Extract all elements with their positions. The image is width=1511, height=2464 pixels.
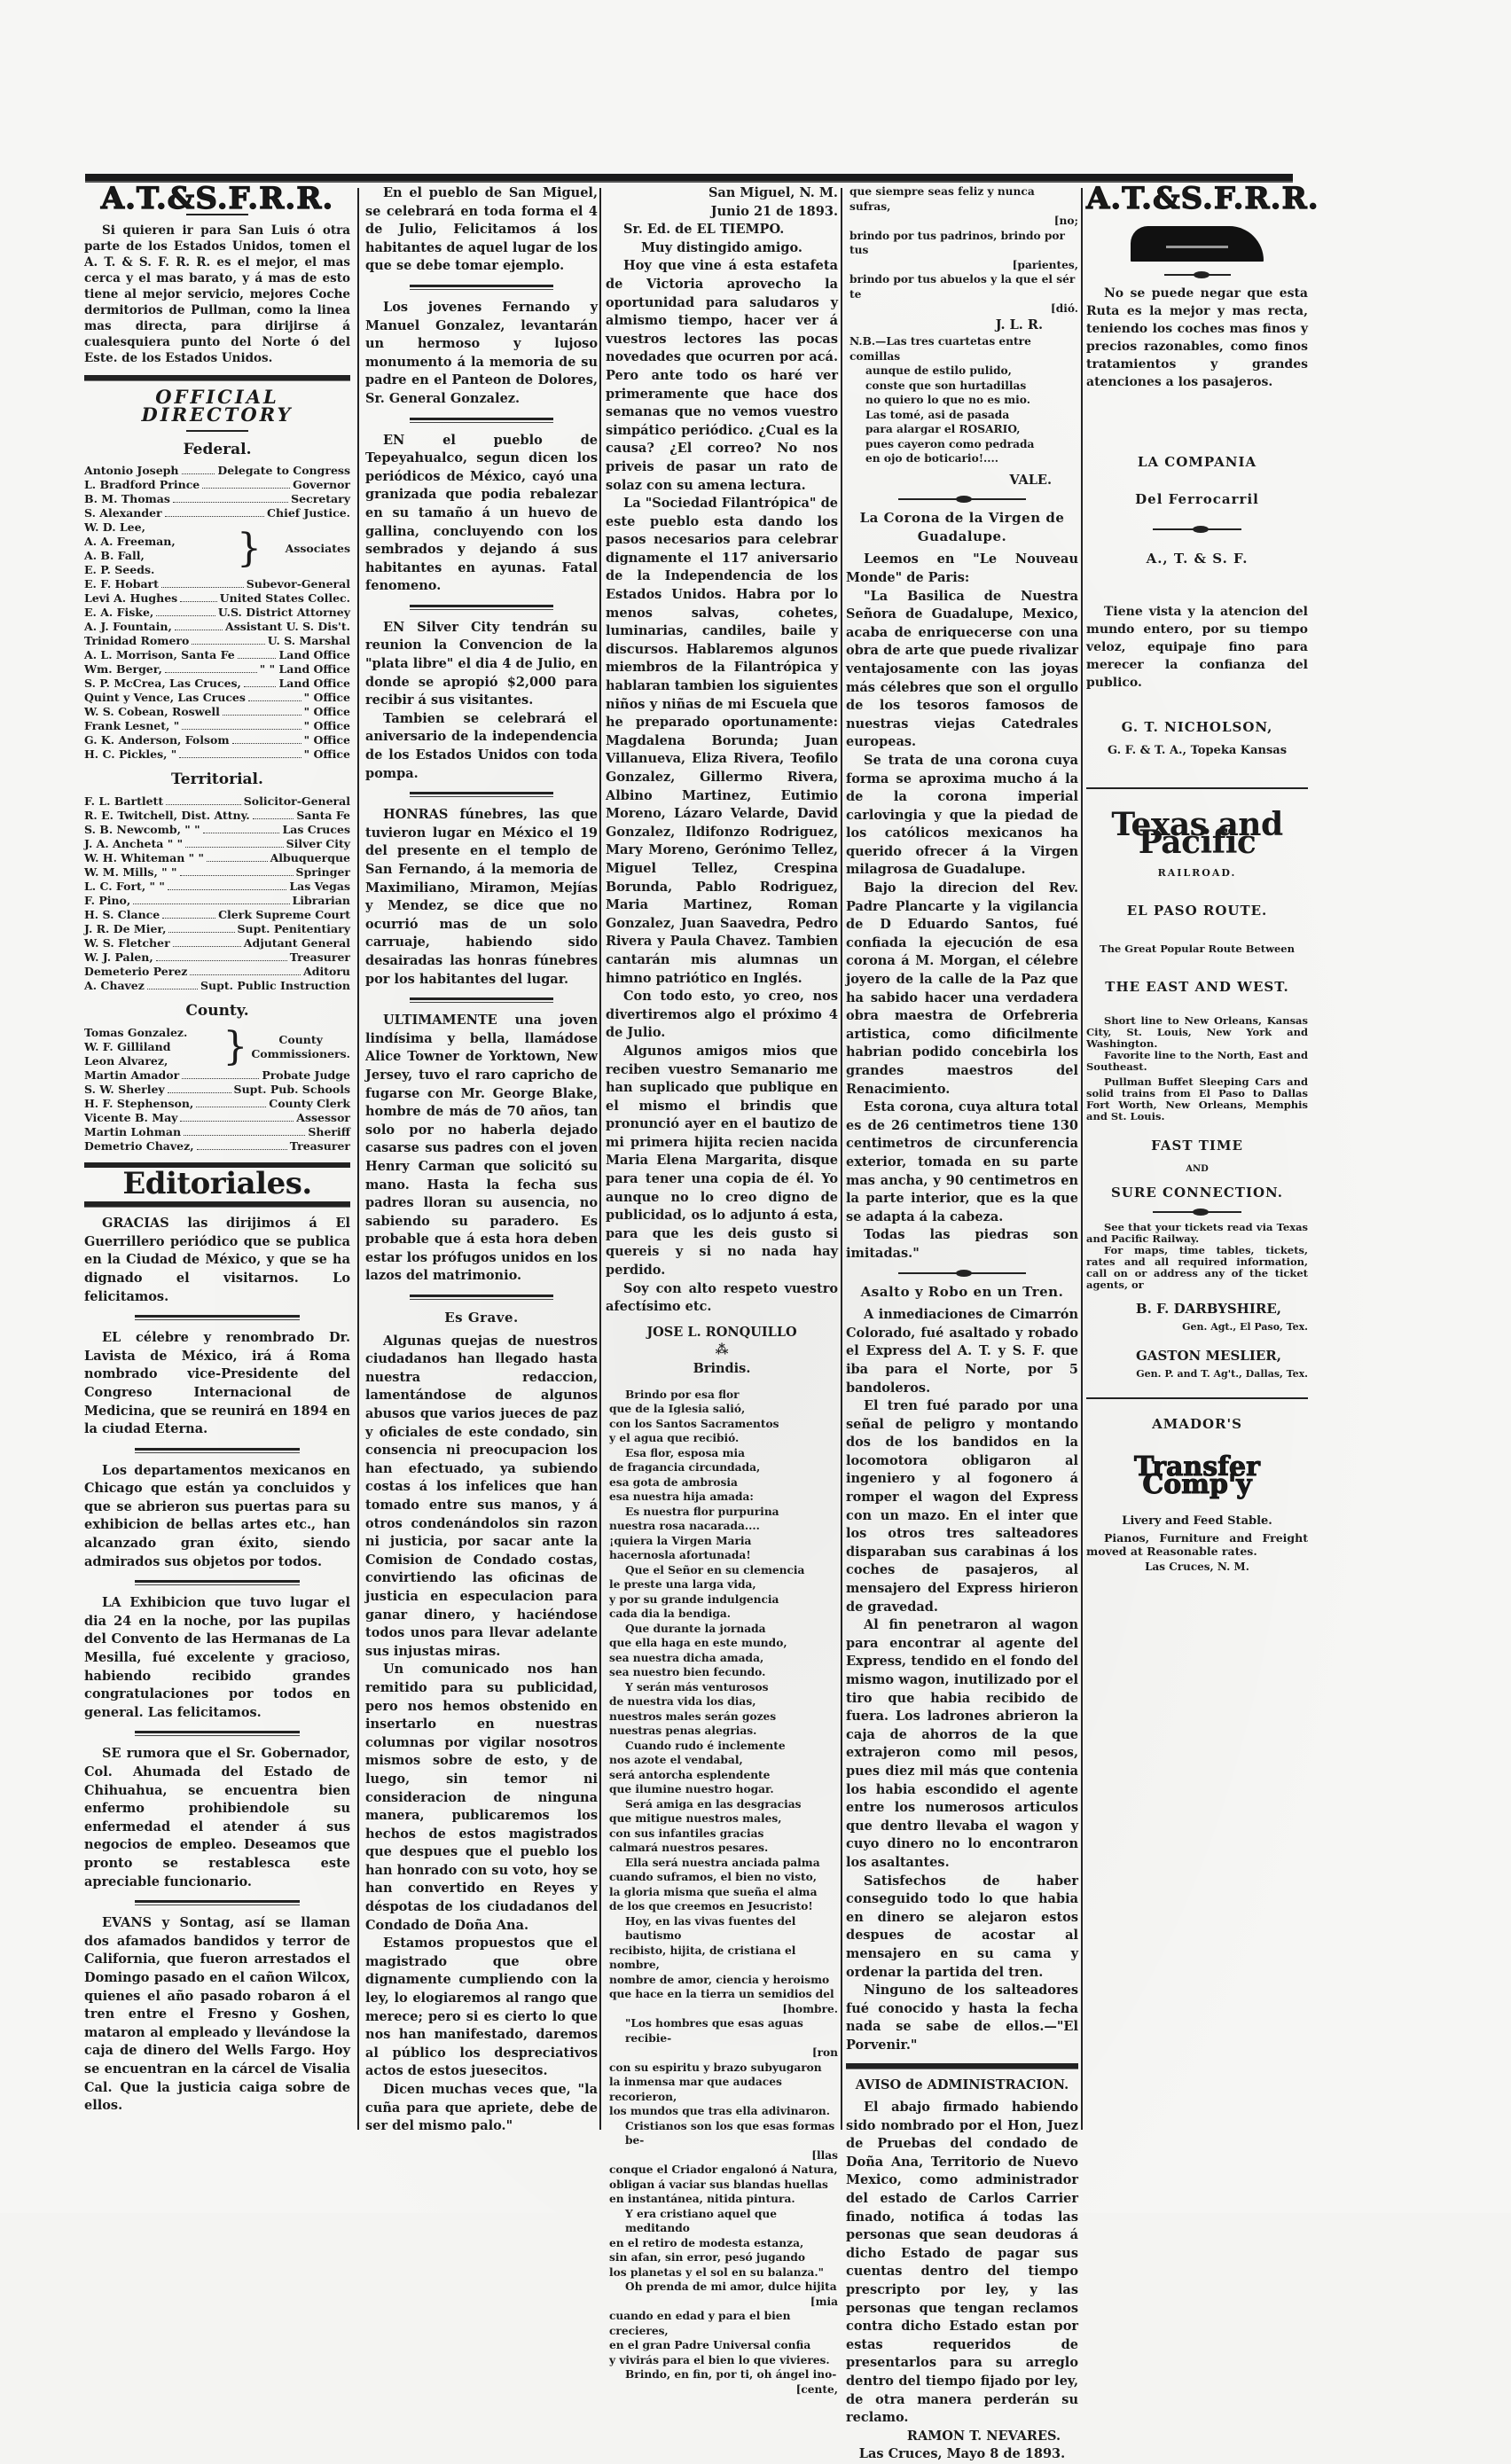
official-name: G. K. Anderson, Folsom xyxy=(84,733,230,747)
directory-row: L. Bradford PrinceGovernor xyxy=(84,478,350,492)
column-rule xyxy=(841,188,842,2130)
news-item: EN el pueblo de Tepeyahualco, segun dice… xyxy=(365,432,598,596)
place-las-cruces: Las Cruces, N. M. xyxy=(1086,1558,1308,1576)
paragraph: Se trata de una corona cuya forma se apr… xyxy=(846,752,1078,880)
poem-line: "Los hombres que esas aguas recibie- xyxy=(606,2016,838,2046)
poem-line: cada dia la bendiga. xyxy=(606,1607,838,1622)
official-name: S. W. Sherley xyxy=(84,1083,165,1097)
poem-line: los mundos que tras ella adivinaron. xyxy=(606,2104,838,2119)
asterism-icon: ⁂ xyxy=(606,1342,838,1360)
official-name: J. A. Ancheta " " xyxy=(84,837,183,851)
official-name: E. P. Seeds. xyxy=(84,563,233,577)
greeting: Muy distingido amigo. xyxy=(606,239,838,258)
directory-row: R. E. Twitchell, Dist. Attny.Santa Fe xyxy=(84,809,350,823)
official-name: Tomas Gonzalez. xyxy=(84,1026,219,1040)
leader-dots xyxy=(190,965,301,975)
poem-line: con su espiritu y brazo subyugaron xyxy=(606,2061,838,2076)
atsf-short: A., T. & S. F. xyxy=(1086,550,1308,568)
brindis-poem-continued: que siempre seas feliz y nunca sufras,[n… xyxy=(846,184,1078,317)
asalto-heading: Asalto y Robo en un Tren. xyxy=(846,1283,1078,1302)
rule xyxy=(84,375,350,381)
paragraph: "La Basilica de Nuestra Señora de Guadal… xyxy=(846,588,1078,752)
transfer-company: Transfer Comp'y xyxy=(1086,1459,1308,1495)
official-title: Delegate to Congress xyxy=(217,464,350,478)
paragraph: EL célebre y renombrado Dr. Lavista de M… xyxy=(84,1329,350,1439)
leader-dots xyxy=(207,851,268,862)
official-name: W. D. Lee, xyxy=(84,520,233,535)
poem-line: nuestras penas alegrias. xyxy=(606,1724,838,1739)
official-title: Treasurer xyxy=(290,1139,350,1154)
agent-meslier: GASTON MESLIER, xyxy=(1086,1347,1308,1365)
paragraph: Soy con alto respeto vuestro afectísimo … xyxy=(606,1280,838,1317)
directory-row: Vicente B. MayAssessor xyxy=(84,1111,350,1125)
paragraph: SE rumora que el Sr. Gobernador, Col. Ah… xyxy=(84,1745,350,1891)
associates-names: W. D. Lee,A. A. Freeman,A. B. Fall,E. P.… xyxy=(84,520,233,577)
official-title: Subevor-General xyxy=(247,577,350,591)
directory-row: B. M. ThomasSecretary xyxy=(84,492,350,506)
rule xyxy=(186,430,248,432)
official-title: U.S. District Attorney xyxy=(218,606,350,620)
official-title: Governor xyxy=(293,478,350,492)
agent-darbyshire: B. F. DARBYSHIRE, xyxy=(1086,1300,1308,1318)
asalto-article: A inmediaciones de Cimarrón Colorado, fu… xyxy=(846,1306,1078,2054)
ornamental-rule xyxy=(898,498,1026,500)
column-5-ads: A.T.&S.F.R.R. No se puede negar que esta… xyxy=(1086,184,1308,1576)
train-engraving-icon xyxy=(1131,226,1264,262)
aviso-heading: AVISO de ADMINISTRACION. xyxy=(846,2077,1078,2095)
directory-row: H. C. Pickles, "" Office xyxy=(84,747,350,762)
official-title: Supt. Pub. Schools xyxy=(234,1083,350,1097)
poem-line: que ilumine nuestro hogar. xyxy=(606,1782,838,1797)
paragraph: EVANS y Sontag, así se llaman dos afamad… xyxy=(84,1914,350,2116)
directory-row: S. W. SherleySupt. Pub. Schools xyxy=(84,1083,350,1097)
official-title: " Office xyxy=(304,691,350,705)
paragraph: Todas las piedras son imitadas." xyxy=(846,1226,1078,1263)
paragraph: Hoy que vine á esta estafeta de Victoria… xyxy=(606,257,838,495)
directory-row: J. R. De Mier,Supt. Penitentiary xyxy=(84,922,350,936)
news-item: EN Silver City tendrán su reunion la Con… xyxy=(365,619,598,710)
poem-line: Brindo por esa flor xyxy=(606,1388,838,1403)
paragraph: Algunos amigos mios que reciben vuestro … xyxy=(606,1043,838,1280)
poem-line: con los Santos Sacramentos xyxy=(606,1417,838,1432)
poem-line: Será amiga en las desgracias xyxy=(606,1797,838,1812)
rule xyxy=(410,997,553,1003)
poem-line: nombre de amor, ciencia y heroismo xyxy=(606,1973,838,1988)
poem-line: esa gota de ambrosia xyxy=(606,1475,838,1490)
paragraph: GRACIAS las dirijimos á El Guerrillero p… xyxy=(84,1215,350,1306)
rule xyxy=(410,418,553,423)
leader-dots xyxy=(173,492,288,503)
poem-initials: J. L. R. xyxy=(846,317,1078,335)
poem-line: nuestra rosa nacarada.... xyxy=(606,1519,838,1534)
corona-article: Leemos en "Le Nouveau Monde" de Paris:"L… xyxy=(846,551,1078,1263)
ornamental-rule xyxy=(898,1272,1026,1274)
news-item: ULTIMAMENTE una joven lindísima y bella,… xyxy=(365,1012,598,1286)
official-name: W. H. Whiteman " " xyxy=(84,851,204,865)
official-name: F. Pino, xyxy=(84,894,130,908)
directory-row: S. B. Newcomb, " "Las Cruces xyxy=(84,823,350,837)
leader-dots xyxy=(244,677,277,687)
territorial-list: F. L. BartlettSolicitor-GeneralR. E. Twi… xyxy=(84,794,350,993)
aviso-body: El abajo firmado habiendo sido nombrado … xyxy=(846,2099,1078,2213)
paragraph: Ninguno de los salteadores fué conocido … xyxy=(846,1982,1078,2054)
maps-note: For maps, time tables, tickets, rates an… xyxy=(1086,1245,1308,1291)
poem-line: Hoy, en las vivas fuentes del bautismo xyxy=(606,1914,838,1944)
directory-row: Levi A. HughesUnited States Collec. xyxy=(84,591,350,606)
directory-row: H. F. Stephenson,County Clerk xyxy=(84,1097,350,1111)
poem-line: que de la Iglesia salió, xyxy=(606,1402,838,1417)
poem-line: Esa flor, esposa mia xyxy=(606,1446,838,1461)
brace-icon: } xyxy=(237,529,262,568)
es-grave-heading: Es Grave. xyxy=(365,1309,598,1327)
poem-line: en instantánea, nitida pintura. xyxy=(606,2192,838,2207)
leader-dots xyxy=(192,634,264,645)
news-item: Tambien se celebrará el aniversario de l… xyxy=(365,710,598,783)
leader-dots xyxy=(168,922,234,933)
directory-row: A. L. Morrison, Santa FeLand Office xyxy=(84,648,350,662)
paragraph: Leemos en "Le Nouveau Monde" de Paris: xyxy=(846,551,1078,587)
official-title: " Office xyxy=(304,705,350,719)
leader-dots xyxy=(253,809,294,819)
directory-row: L. C. Fort, " "Las Vegas xyxy=(84,880,350,894)
federal-heading: Federal. xyxy=(84,441,350,459)
ornamental-rule xyxy=(1153,1211,1241,1213)
column-4: que siempre seas feliz y nunca sufras,[n… xyxy=(846,184,1078,2213)
official-name: Martin Lohman xyxy=(84,1125,181,1139)
leader-dots xyxy=(182,464,215,474)
directory-row: W. J. Palen,Treasurer xyxy=(84,950,350,965)
leader-dots xyxy=(182,1068,259,1079)
poem-line: que hace en la tierra un semidios del xyxy=(606,1987,838,2002)
leader-dots xyxy=(185,837,283,848)
poem-line: no quiero lo que no es mio. xyxy=(846,393,1078,408)
official-name: S. B. Newcomb, " " xyxy=(84,823,200,837)
paragraph: Los departamentos mexicanos en Chicago q… xyxy=(84,1462,350,1572)
official-name: A. B. Fall, xyxy=(84,549,233,563)
atsf-ad-body: Si quieren ir para San Luis ó otra parte… xyxy=(84,223,350,366)
dateline-date: Junio 21 de 1893. xyxy=(606,203,838,222)
paragraph: Al fin penetraron al wagon para encontra… xyxy=(846,1616,1078,1872)
poem-line: Y era cristiano aquel que meditando xyxy=(606,2207,838,2213)
rule xyxy=(135,1448,300,1453)
official-directory-title: OFFICIAL DIRECTORY xyxy=(84,388,350,425)
editoriales-heading: Editoriales. xyxy=(84,1175,350,1193)
poem-line: N.B.—Las tres cuartetas entre comillas xyxy=(846,334,1078,364)
poem-line: [dió. xyxy=(846,301,1078,317)
poem-line: nuestros males serán gozes xyxy=(606,1709,838,1725)
rule xyxy=(410,792,553,797)
poem-line: Ella será nuestra anciada palma xyxy=(606,1856,838,1871)
poem-line: Y serán más venturosos xyxy=(606,1680,838,1695)
official-name: H. F. Stephenson, xyxy=(84,1097,193,1111)
official-name: H. S. Clance xyxy=(84,908,160,922)
poem-line: esa nuestra hija amada: xyxy=(606,1490,838,1505)
poem-line: en ojo de boticario!.... xyxy=(846,451,1078,466)
official-name: W. S. Fletcher xyxy=(84,936,170,950)
county-list: Martin AmadorProbate JudgeS. W. SherleyS… xyxy=(84,1068,350,1154)
atsf-ad-title-2: A.T.&S.F.R.R. xyxy=(1086,190,1308,208)
official-title: " Office xyxy=(304,747,350,762)
rule xyxy=(410,1295,553,1300)
poem-line: y por su grande indulgencia xyxy=(606,1592,838,1607)
official-title: Silver City xyxy=(286,837,350,851)
directory-row: S. P. McCrea, Las Cruces,Land Office xyxy=(84,677,350,691)
leader-dots xyxy=(175,620,223,630)
leader-dots xyxy=(232,733,301,744)
commissioners-names: Tomas Gonzalez.W. F. GillilandLeon Alvar… xyxy=(84,1026,219,1068)
column-1: A.T.&S.F.R.R. Si quieren ir para San Lui… xyxy=(84,184,350,2116)
vale-signoff: VALE. xyxy=(846,472,1078,490)
official-name: Demetrio Chavez, xyxy=(84,1139,194,1154)
la-compania: LA COMPANIA xyxy=(1086,453,1308,472)
leader-dots xyxy=(180,591,216,602)
directory-row: Trinidad RomeroU. S. Marshal xyxy=(84,634,350,648)
official-title: United States Collec. xyxy=(220,591,350,606)
poem-line: sea nuestra dicha amada, xyxy=(606,1651,838,1666)
official-name: Frank Lesnet, " xyxy=(84,719,179,733)
editorials-list: GRACIAS las dirijimos á El Guerrillero p… xyxy=(84,1215,350,2116)
official-title: Clerk Supreme Court xyxy=(218,908,350,922)
poem-line: calmará nuestros pesares. xyxy=(606,1841,838,1856)
leader-dots xyxy=(197,1139,287,1150)
associates-title: Associates xyxy=(265,542,350,556)
official-name: Demeterio Perez xyxy=(84,965,187,979)
leader-dots xyxy=(168,1083,231,1093)
official-name: W. S. Cobean, Roswell xyxy=(84,705,220,719)
agent-darbyshire-title: Gen. Agt., El Paso, Tex. xyxy=(1086,1318,1308,1337)
commissioners-block: Tomas Gonzalez.W. F. GillilandLeon Alvar… xyxy=(84,1026,350,1068)
poem-line: [llas xyxy=(606,2148,838,2163)
leader-dots xyxy=(180,865,294,876)
pullman-cars: Pullman Buffet Sleeping Cars and solid t… xyxy=(1086,1076,1308,1122)
official-title: Librarian xyxy=(293,894,351,908)
poem-line: Cristianos son los que esas formas be- xyxy=(606,2119,838,2148)
ornamental-rule xyxy=(1153,528,1241,530)
poem-line: de los que creemos en Jesucristo! xyxy=(606,1899,838,1914)
leader-dots xyxy=(133,894,289,904)
official-name: Trinidad Romero xyxy=(84,634,189,648)
directory-row: W. M. Mills, " "Springer xyxy=(84,865,350,880)
paragraph: Un comunicado nos han remitido para su p… xyxy=(365,1661,598,1935)
poem-line: [hombre. xyxy=(606,2002,838,2017)
official-title: Santa Fe xyxy=(296,809,350,823)
column-rule xyxy=(1081,188,1083,2130)
news-item: HONRAS fúnebres, las que tuvieron lugar … xyxy=(365,806,598,989)
paragraph: Bajo la direcion del Rev. Padre Plancart… xyxy=(846,880,1078,1099)
official-name: A. Chavez xyxy=(84,979,145,993)
paragraph: Esta corona, cuya altura total es de 26 … xyxy=(846,1099,1078,1226)
official-name: R. E. Twitchell, Dist. Attny. xyxy=(84,809,250,823)
poem-line: será antorcha esplendente xyxy=(606,1768,838,1783)
official-name: Quint y Vence, Las Cruces xyxy=(84,691,246,705)
federal-list: Antonio JosephDelegate to CongressL. Bra… xyxy=(84,464,350,520)
dateline-place: San Miguel, N. M. xyxy=(606,184,838,203)
leader-dots xyxy=(161,577,244,588)
leader-dots xyxy=(168,880,286,890)
official-title: Treasurer xyxy=(290,950,350,965)
paragraph: Estamos propuestos que el magistrado que… xyxy=(365,1935,598,2081)
brindis-heading: Brindis. xyxy=(606,1360,838,1379)
official-name: W. J. Palen, xyxy=(84,950,153,965)
poem-line: con sus infantiles gracias xyxy=(606,1826,838,1842)
directory-row: F. L. BartlettSolicitor-General xyxy=(84,794,350,809)
leader-dots xyxy=(162,908,215,919)
official-title: Sheriff xyxy=(308,1125,350,1139)
directory-row: Antonio JosephDelegate to Congress xyxy=(84,464,350,478)
poem-line: conque el Criador engalonó á Natura, xyxy=(606,2163,838,2178)
leader-dots xyxy=(196,1097,266,1107)
corona-heading: La Corona de la Virgen de Guadalupe. xyxy=(846,509,1078,545)
directory-row: Wm. Berger," " Land Office xyxy=(84,662,350,677)
poem-line: brindo por tus padrinos, brindo por tus xyxy=(846,229,1078,258)
directory-row: A. ChavezSupt. Public Instruction xyxy=(84,979,350,993)
paragraph: LA Exhibicion que tuvo lugar el dia 24 e… xyxy=(84,1594,350,1722)
official-title: Assessor xyxy=(296,1111,350,1125)
rule xyxy=(410,605,553,610)
news-item: Los jovenes Fernando y Manuel Gonzalez, … xyxy=(365,299,598,409)
official-title: " " Land Office xyxy=(260,662,350,677)
official-title: Supt. Public Instruction xyxy=(200,979,350,993)
official-name: E. F. Hobart xyxy=(84,577,159,591)
directory-row: S. AlexanderChief Justice. xyxy=(84,506,350,520)
rule xyxy=(135,1580,300,1585)
paragraph: Con todo esto, yo creo, nos divertiremos… xyxy=(606,988,838,1043)
rule xyxy=(135,1315,300,1320)
official-title: Springer xyxy=(296,865,350,880)
atsf-ad-title: A.T.&S.F.R.R. xyxy=(84,190,350,208)
poem-line: [ron xyxy=(606,2046,838,2061)
official-name: W. M. Mills, " " xyxy=(84,865,177,880)
poem-line: cuando suframos, el bien no visto, xyxy=(606,1870,838,1885)
poem-line: conste que son hurtadillas xyxy=(846,379,1078,394)
del-ferrocarril: Del Ferrocarril xyxy=(1086,490,1308,509)
directory-row: F. Pino,Librarian xyxy=(84,894,350,908)
rule xyxy=(410,285,553,290)
atsf-ad-body-2: No se puede negar que esta Ruta es la me… xyxy=(1086,285,1308,391)
official-title: Solicitor-General xyxy=(244,794,350,809)
official-title: County Clerk xyxy=(269,1097,350,1111)
amadors: AMADOR'S xyxy=(1086,1415,1308,1434)
official-title: Aditoru xyxy=(303,965,350,979)
official-title: Secretary xyxy=(291,492,350,506)
poem-line: obligan á vaciar sus blandas huellas xyxy=(606,2178,838,2193)
livery-stable: Livery and Feed Stable. xyxy=(1086,1513,1308,1531)
leader-dots xyxy=(166,794,241,805)
popular-route: The Great Popular Route Between xyxy=(1086,940,1308,958)
leader-dots xyxy=(248,691,301,701)
rule xyxy=(135,1900,300,1905)
leader-dots xyxy=(202,478,290,489)
poem-line: que ella haga en este mundo, xyxy=(606,1636,838,1651)
paragraph: La "Sociedad Filantrópica" de este puebl… xyxy=(606,495,838,988)
official-name: S. Alexander xyxy=(84,506,162,520)
official-name: W. F. Gilliland xyxy=(84,1040,219,1054)
official-title: " Office xyxy=(304,719,350,733)
poem-line: que siempre seas feliz y nunca sufras, xyxy=(846,184,1078,214)
poem-line: Es nuestra flor purpurina xyxy=(606,1505,838,1520)
rule xyxy=(1086,1397,1308,1399)
official-title: Land Office xyxy=(278,648,350,662)
pianos-furniture: Pianos, Furniture and Freight moved at R… xyxy=(1086,1531,1308,1558)
rule xyxy=(135,1731,300,1736)
official-title: U. S. Marshal xyxy=(268,634,350,648)
leader-dots xyxy=(180,1111,294,1122)
poem-line: ¡quiera la Virgen Maria xyxy=(606,1534,838,1549)
directory-row: W. H. Whiteman " "Albuquerque xyxy=(84,851,350,865)
official-name: F. L. Bartlett xyxy=(84,794,163,809)
poem-line: Cuando rudo é inclemente xyxy=(606,1739,838,1754)
brindis-poem: Brindo por esa florque de la Iglesia sal… xyxy=(606,1388,838,2213)
short-line: Short line to New Orleans, Kansas City, … xyxy=(1086,1015,1308,1050)
poem-line: pues cayeron como pedrada xyxy=(846,437,1078,452)
ornamental-rule xyxy=(1164,274,1231,276)
territorial-heading: Territorial. xyxy=(84,770,350,789)
brace-icon: } xyxy=(223,1028,247,1067)
rule xyxy=(846,2063,1078,2069)
leader-dots xyxy=(203,823,280,833)
official-name: Leon Alvarez, xyxy=(84,1054,219,1068)
column-3: San Miguel, N. M. Junio 21 de 1893. Sr. … xyxy=(606,184,838,2213)
directory-row: Demeterio PerezAditoru xyxy=(84,965,350,979)
poem-line: brindo por tus abuelos y la que el sér t… xyxy=(846,272,1078,301)
leader-dots xyxy=(165,506,264,517)
directory-row: J. A. Ancheta " "Silver City xyxy=(84,837,350,851)
railroad-label: RAILROAD. xyxy=(1086,864,1308,883)
el-paso-route: EL PASO ROUTE. xyxy=(1086,902,1308,920)
poem-line: [no; xyxy=(846,214,1078,229)
leader-dots xyxy=(223,705,301,716)
leader-dots xyxy=(182,719,301,730)
atsf-ad-body-3: Tiene vista y la atencion del mundo ente… xyxy=(1086,603,1308,692)
news-items: En el pueblo de San Miguel, se celebrará… xyxy=(365,184,598,1286)
newspaper-page: A.T.&S.F.R.R. Si quieren ir para San Lui… xyxy=(0,0,1511,2213)
leader-dots xyxy=(156,950,287,961)
directory-row: A. J. Fountain,Assistant U. S. Dis't. xyxy=(84,620,350,634)
column-rule xyxy=(599,188,601,2130)
official-name: J. R. De Mier, xyxy=(84,922,166,936)
east-and-west: THE EAST AND WEST. xyxy=(1086,978,1308,997)
leader-dots xyxy=(184,1125,305,1136)
leader-dots xyxy=(173,936,241,947)
column-2: En el pueblo de San Miguel, se celebrará… xyxy=(365,184,598,2136)
leader-dots xyxy=(238,648,277,659)
directory-row: W. S. FletcherAdjutant General xyxy=(84,936,350,950)
rule xyxy=(84,1201,350,1208)
poem-line: le preste una larga vida, xyxy=(606,1577,838,1592)
poem-line: hacernosla afortunada! xyxy=(606,1548,838,1563)
county-heading: County. xyxy=(84,1002,350,1021)
official-title: Assistant U. S. Dis't. xyxy=(225,620,350,634)
official-title: Albuquerque xyxy=(270,851,350,865)
official-name: E. A. Fiske, xyxy=(84,606,153,620)
directory-row: G. K. Anderson, Folsom" Office xyxy=(84,733,350,747)
nota-bene: N.B.—Las tres cuartetas entre comillasau… xyxy=(846,334,1078,466)
directory-row: E. F. HobartSubevor-General xyxy=(84,577,350,591)
fast-time: FAST TIME xyxy=(1086,1137,1308,1155)
directory-row: E. A. Fiske,U.S. District Attorney xyxy=(84,606,350,620)
official-name: S. P. McCrea, Las Cruces, xyxy=(84,677,241,691)
directory-row: W. S. Cobean, Roswell" Office xyxy=(84,705,350,719)
poem-line: Que durante la jornada xyxy=(606,1622,838,1637)
official-name: Wm. Berger, xyxy=(84,662,162,677)
official-name: A. J. Fountain, xyxy=(84,620,172,634)
official-title: Probate Judge xyxy=(262,1068,350,1083)
official-name: Vicente B. May xyxy=(84,1111,177,1125)
agent-nicholson: G. T. NICHOLSON, xyxy=(1086,718,1308,737)
official-name: A. L. Morrison, Santa Fe xyxy=(84,648,235,662)
paragraph: Satisfechos de haber conseguido todo lo … xyxy=(846,1873,1078,1983)
poem-line: [parientes, xyxy=(846,258,1078,273)
